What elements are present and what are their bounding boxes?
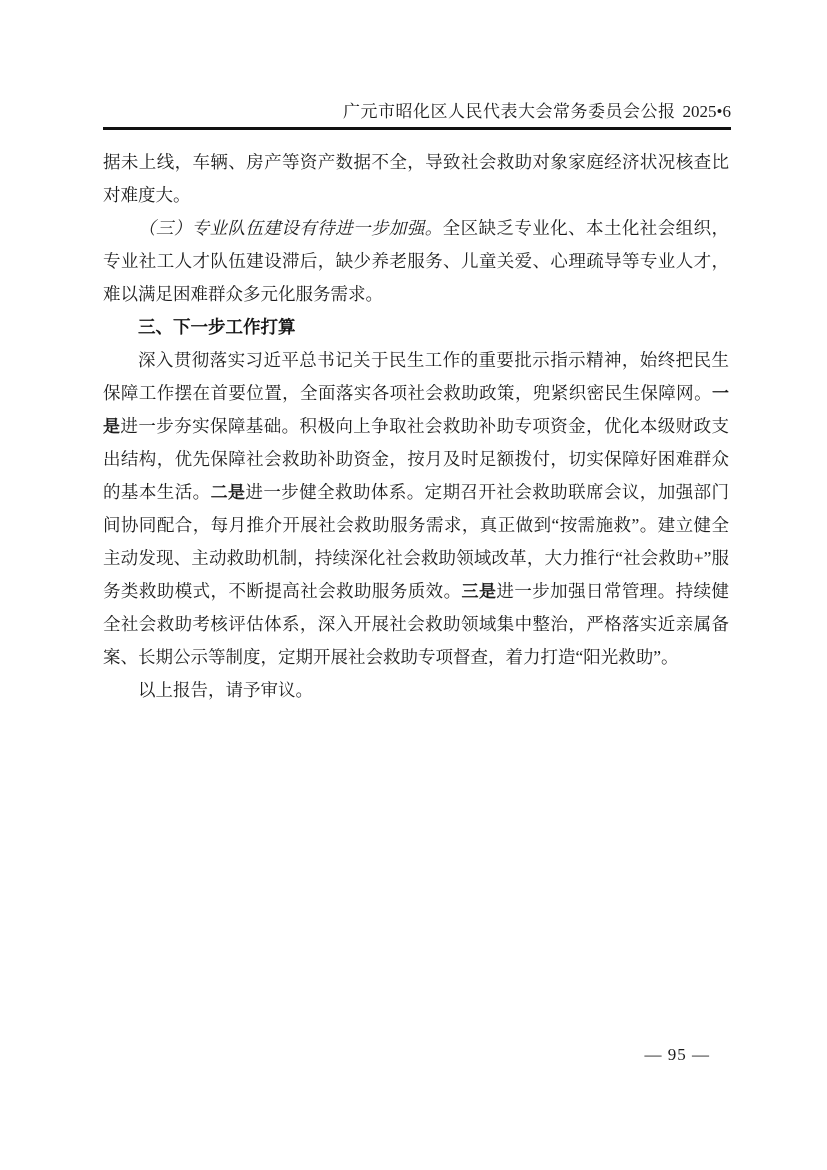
header-divider-rule [103,127,731,130]
document-body: 据未上线，车辆、房产等资产数据不全，导致社会救助对象家庭经济状况核查比对难度大。… [103,146,729,707]
body-paragraph: 以上报告，请予审议。 [103,674,729,707]
document-page: 广元市昭化区人民代表大会常务委员会公报2025•6 据未上线，车辆、房产等资产数… [0,0,827,1170]
body-paragraph: （三）专业队伍建设有待进一步加强。全区缺乏专业化、本土化社会组织，专业社工人才队… [103,212,729,311]
body-paragraph: 深入贯彻落实习近平总书记关于民生工作的重要批示指示精神，始终把民生保障工作摆在首… [103,344,729,674]
page-header: 广元市昭化区人民代表大会常务委员会公报2025•6 [103,97,731,122]
body-paragraph: 据未上线，车辆、房产等资产数据不全，导致社会救助对象家庭经济状况核查比对难度大。 [103,146,729,212]
paragraph-run: 深入贯彻落实习近平总书记关于民生工作的重要批示指示精神，始终把民生保障工作摆在首… [103,350,729,403]
paragraph-run-bold: 二是 [211,483,246,502]
masthead-title: 广元市昭化区人民代表大会常务委员会公报 [343,102,676,121]
masthead-issue-number: 2025•6 [683,102,731,121]
paragraph-run: 以上报告，请予审议。 [138,680,313,700]
paragraph-run-emphasis: （三）专业队伍建设有待进一步加强。 [138,218,443,238]
paragraph-run-bold: 三是 [462,582,497,601]
section-heading: 三、下一步工作打算 [103,311,729,344]
paragraph-run: 据未上线，车辆、房产等资产数据不全，导致社会救助对象家庭经济状况核查比对难度大。 [103,152,729,205]
page-number: — 95 — [645,1045,711,1065]
